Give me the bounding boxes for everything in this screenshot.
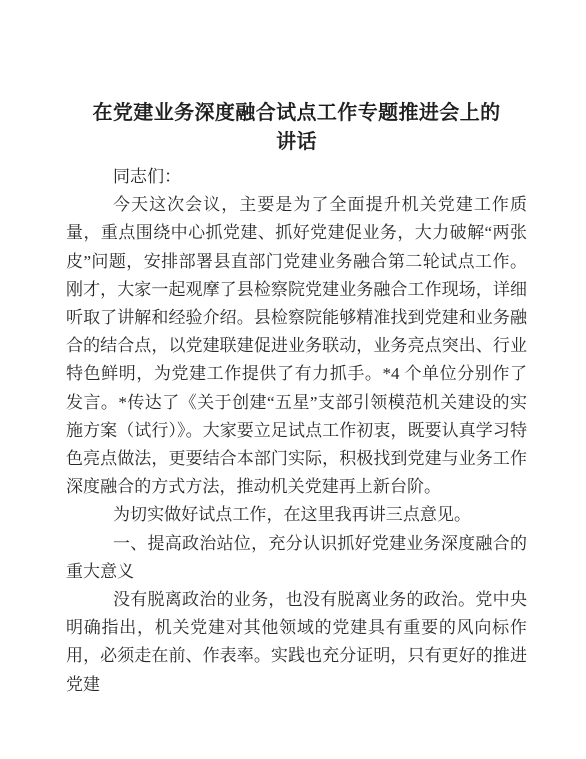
document-title: 在党建业务深度融合试点工作专题推进会上的讲话 xyxy=(66,99,527,157)
section-heading: 一、提高政治站位，充分认识抓好党建业务深度融合的重大意义 xyxy=(66,530,527,586)
paragraph: 今天这次会议，主要是为了全面提升机关党建工作质量，重点围绕中心抓党建、抓好党建促… xyxy=(66,191,527,501)
document-body: 今天这次会议，主要是为了全面提升机关党建工作质量，重点围绕中心抓党建、抓好党建促… xyxy=(66,191,527,699)
paragraph: 为切实做好试点工作，在这里我再讲三点意见。 xyxy=(66,501,527,529)
document-page: 在党建业务深度融合试点工作专题推进会上的讲话 同志们： 今天这次会议，主要是为了… xyxy=(0,0,586,759)
paragraph: 没有脱离政治的业务，也没有脱离业务的政治。党中央明确指出，机关党建对其他领域的党… xyxy=(66,586,527,699)
document-title-line-1: 在党建业务深度融合试点工作专题推进会上的 xyxy=(93,102,501,124)
document-title-line-2: 讲话 xyxy=(276,131,317,153)
salutation: 同志们： xyxy=(66,163,527,191)
